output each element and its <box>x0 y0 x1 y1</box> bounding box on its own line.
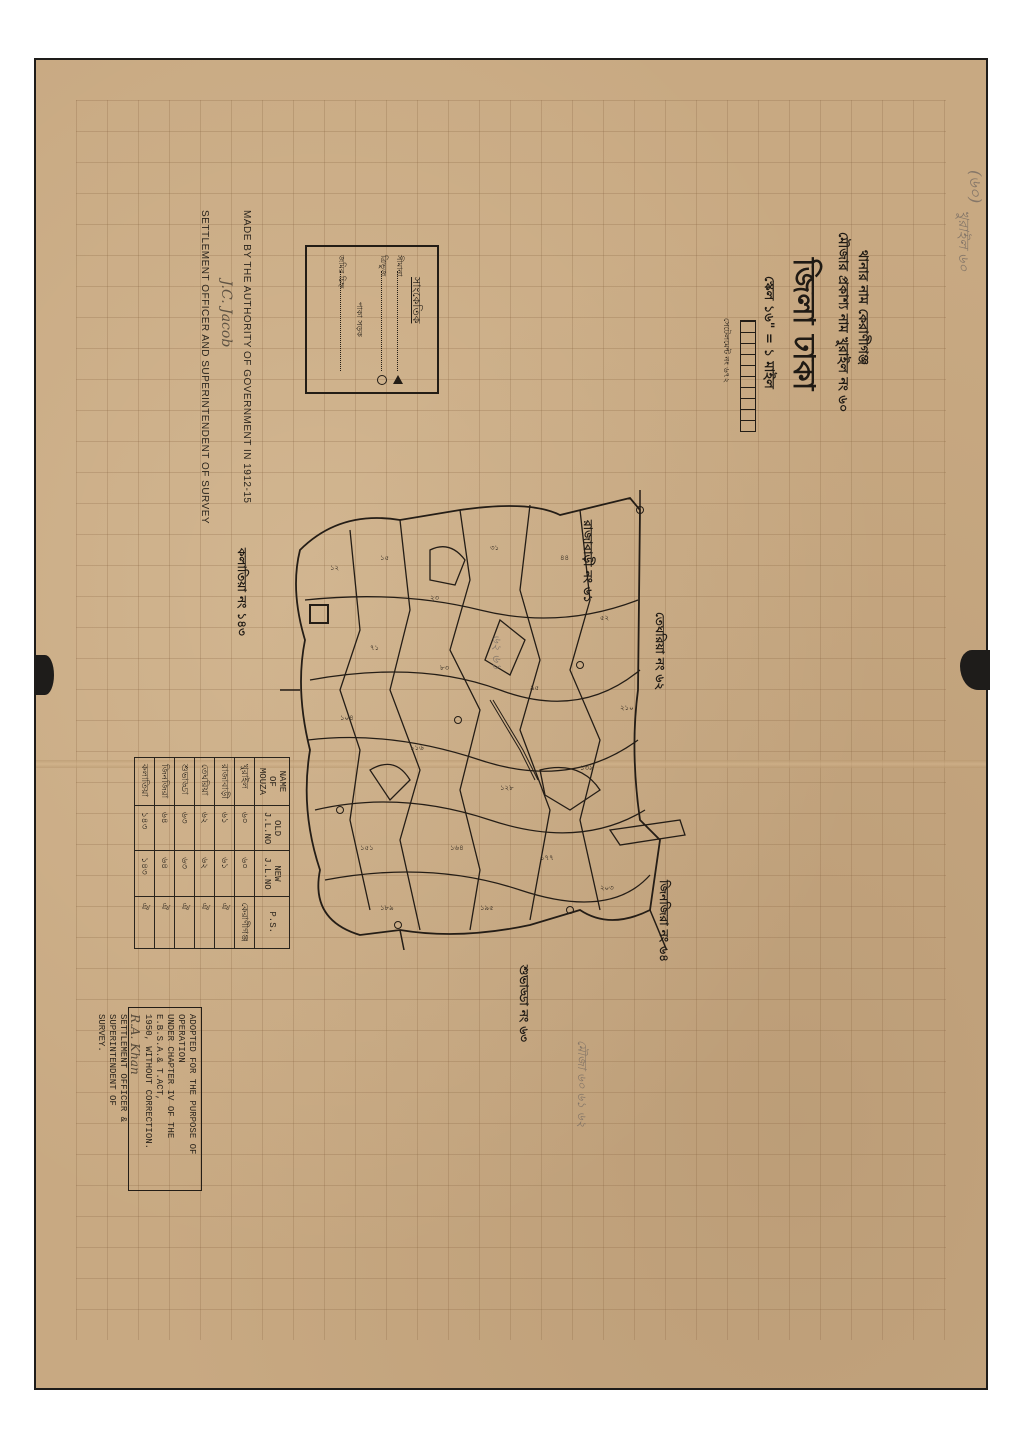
scale-text: স্কেল ১৬" = ১ মাইল <box>757 276 778 389</box>
boundary-label-west: কলাতিয়া নং ১৪৩ <box>230 548 250 636</box>
svg-text:১৩৯: ১৩৯ <box>580 764 594 772</box>
boundary-label-south: শুভাড্ডা নং ৬৩ <box>512 965 532 1042</box>
authority-officer: SETTLEMENT OFFICER AND SUPERINTENDENT OF… <box>199 210 210 524</box>
svg-text:১৫১: ১৫১ <box>360 844 374 852</box>
thana-name: থানার নাম কেরাণীগঞ্জ <box>851 250 872 365</box>
svg-text:১৭৭: ১৭৭ <box>540 854 554 862</box>
table-cell: ১৪৩ <box>135 851 155 896</box>
table-cell: ৬৩ <box>175 805 195 850</box>
table-cell: কলাতিয়া <box>135 758 155 806</box>
pencil-note: মৌজা ৬০ ৬১ ৬২ <box>570 1040 590 1127</box>
svg-text:৩১: ৩১ <box>490 544 499 552</box>
stamp-signature: R.A. Khan <box>128 1014 142 1184</box>
table-cell: খুরাইল <box>235 758 255 806</box>
svg-text:৫২: ৫২ <box>600 614 609 622</box>
legend-row: পাকা সড়ক <box>352 302 365 337</box>
torn-edge <box>36 655 54 695</box>
table-cell: রাজাবাড়ী <box>215 758 235 806</box>
table-row: তেঘরিয়া৬২৬২ঐ <box>195 758 215 949</box>
table-cell: ৬৪ <box>155 805 175 850</box>
table-row: শুভাড্ডা৬৩৬৩ঐ <box>175 758 195 949</box>
svg-text:১৯৫: ১৯৫ <box>480 904 494 912</box>
triangle-icon <box>393 375 403 384</box>
table-row: খুরাইল৬০৬০কেরাণীগঞ্জ <box>235 758 255 949</box>
column-header: OLD J.L.NO <box>255 805 290 850</box>
stamp-line: UNDER CHAPTER IV OF THE E.B.S.A.& T.ACT, <box>153 1014 175 1184</box>
table-cell: ৬০ <box>235 805 255 850</box>
table-cell: ৬৩ <box>175 851 195 896</box>
scale-bar-caption: সেটেলমেন্ট নং ৬৭২ <box>719 318 732 383</box>
svg-text:১৮৯: ১৮৯ <box>380 904 394 912</box>
legend-title: সাংকেতিক <box>406 277 425 323</box>
boundary-symbol <box>340 271 342 371</box>
stamp-line: 1950, WITHOUT CORRECTION. <box>142 1014 153 1184</box>
stamp-line: ADOPTED FOR THE PURPOSE OF OPERATION <box>175 1014 197 1184</box>
pencil-note: খুরাইল ৬০ <box>951 210 975 271</box>
table-cell: তেঘরিয়া <box>195 758 215 806</box>
table-cell: জিনজিরা <box>155 758 175 806</box>
mouza-table: NAME OF MOUZA OLD J.L.NO NEW J.L.NO P.S.… <box>134 757 290 949</box>
table-header-row: NAME OF MOUZA OLD J.L.NO NEW J.L.NO P.S. <box>255 758 290 949</box>
table-cell: ৬২ <box>195 805 215 850</box>
table-cell: ঐ <box>195 896 215 948</box>
district-name: জিলা ঢাকা <box>777 258 828 390</box>
authority-signature: J.C. Jacob <box>218 280 234 347</box>
svg-text:৪৪: ৪৪ <box>560 554 569 562</box>
pencil-note: ৬২ ৬১ <box>485 635 505 670</box>
boundary-label-north-west: রাজাবাড়ী নং ৬১ <box>576 520 596 603</box>
boundary-label-east: জিনজিরা নং ৬৪ <box>652 880 672 962</box>
column-header: NAME OF MOUZA <box>255 758 290 806</box>
table-cell: ঐ <box>155 896 175 948</box>
boundary-symbol <box>397 271 399 371</box>
svg-text:২৩: ২৩ <box>430 594 440 602</box>
svg-text:১২৮: ১২৮ <box>500 784 514 792</box>
svg-text:৮৩: ৮৩ <box>440 664 450 672</box>
table-cell: ঐ <box>175 896 195 948</box>
boundary-label-north-east: তেঘরিয়া নং ৬২ <box>648 612 668 690</box>
scale-bar <box>740 320 756 432</box>
station-circle-icon <box>377 375 387 385</box>
stamp-line: SURVEY. <box>95 1014 106 1184</box>
svg-text:২১০: ২১০ <box>620 704 634 712</box>
table-cell: ৬৪ <box>155 851 175 896</box>
table-cell: ঐ <box>215 896 235 948</box>
table-cell: কেরাণীগঞ্জ <box>235 896 255 948</box>
svg-text:১৬৪: ১৬৪ <box>450 844 464 852</box>
table-cell: ৬২ <box>195 851 215 896</box>
column-header: NEW J.L.NO <box>255 851 290 896</box>
table-cell: ঐ <box>135 896 155 948</box>
table-row: রাজাবাড়ী৬১৬১ঐ <box>215 758 235 949</box>
legend-box: সাংকেতিক সীমানা ত্রিভুজ পাকা সড়ক জমির চ… <box>305 245 439 394</box>
svg-text:৯৫: ৯৫ <box>530 684 539 692</box>
cadastral-map: ১২১৫২৩৩১ ৪৪৫২৭১৮৩ ৯৫১০৪১১৬১২৮ ১৩৯১৫১১৬৪১… <box>280 490 700 950</box>
adoption-stamp: ADOPTED FOR THE PURPOSE OF OPERATIONUNDE… <box>128 1007 202 1191</box>
svg-text:১১৬: ১১৬ <box>410 744 424 752</box>
table-row: কলাতিয়া১৪৩১৪৩ঐ <box>135 758 155 949</box>
table-cell: ৬১ <box>215 851 235 896</box>
table-cell: ১৪৩ <box>135 805 155 850</box>
mouza-table-container: NAME OF MOUZA OLD J.L.NO NEW J.L.NO P.S.… <box>195 757 290 1002</box>
mouza-name: মৌজার প্রকাশ্য নাম খুরাইল নং ৬০ <box>831 232 852 412</box>
svg-text:১০৪: ১০৪ <box>340 714 354 722</box>
table-cell: ৬০ <box>235 851 255 896</box>
stamp-line: SETTLEMENT OFFICER & SUPERINTENDENT OF <box>106 1014 128 1184</box>
table-cell: ৬১ <box>215 805 235 850</box>
table-row: জিনজিরা৬৪৬৪ঐ <box>155 758 175 949</box>
svg-text:২০৩: ২০৩ <box>600 884 614 892</box>
table-cell: শুভাড্ডা <box>175 758 195 806</box>
svg-text:১২: ১২ <box>330 564 339 572</box>
svg-text:১৫: ১৫ <box>380 554 389 562</box>
pencil-note: (৬০) <box>961 170 988 203</box>
boundary-symbol <box>381 271 383 371</box>
svg-text:৭১: ৭১ <box>370 644 379 652</box>
column-header: P.S. <box>255 896 290 948</box>
authority-made-by: MADE BY THE AUTHORITY OF GOVERNMENT IN 1… <box>241 210 252 503</box>
